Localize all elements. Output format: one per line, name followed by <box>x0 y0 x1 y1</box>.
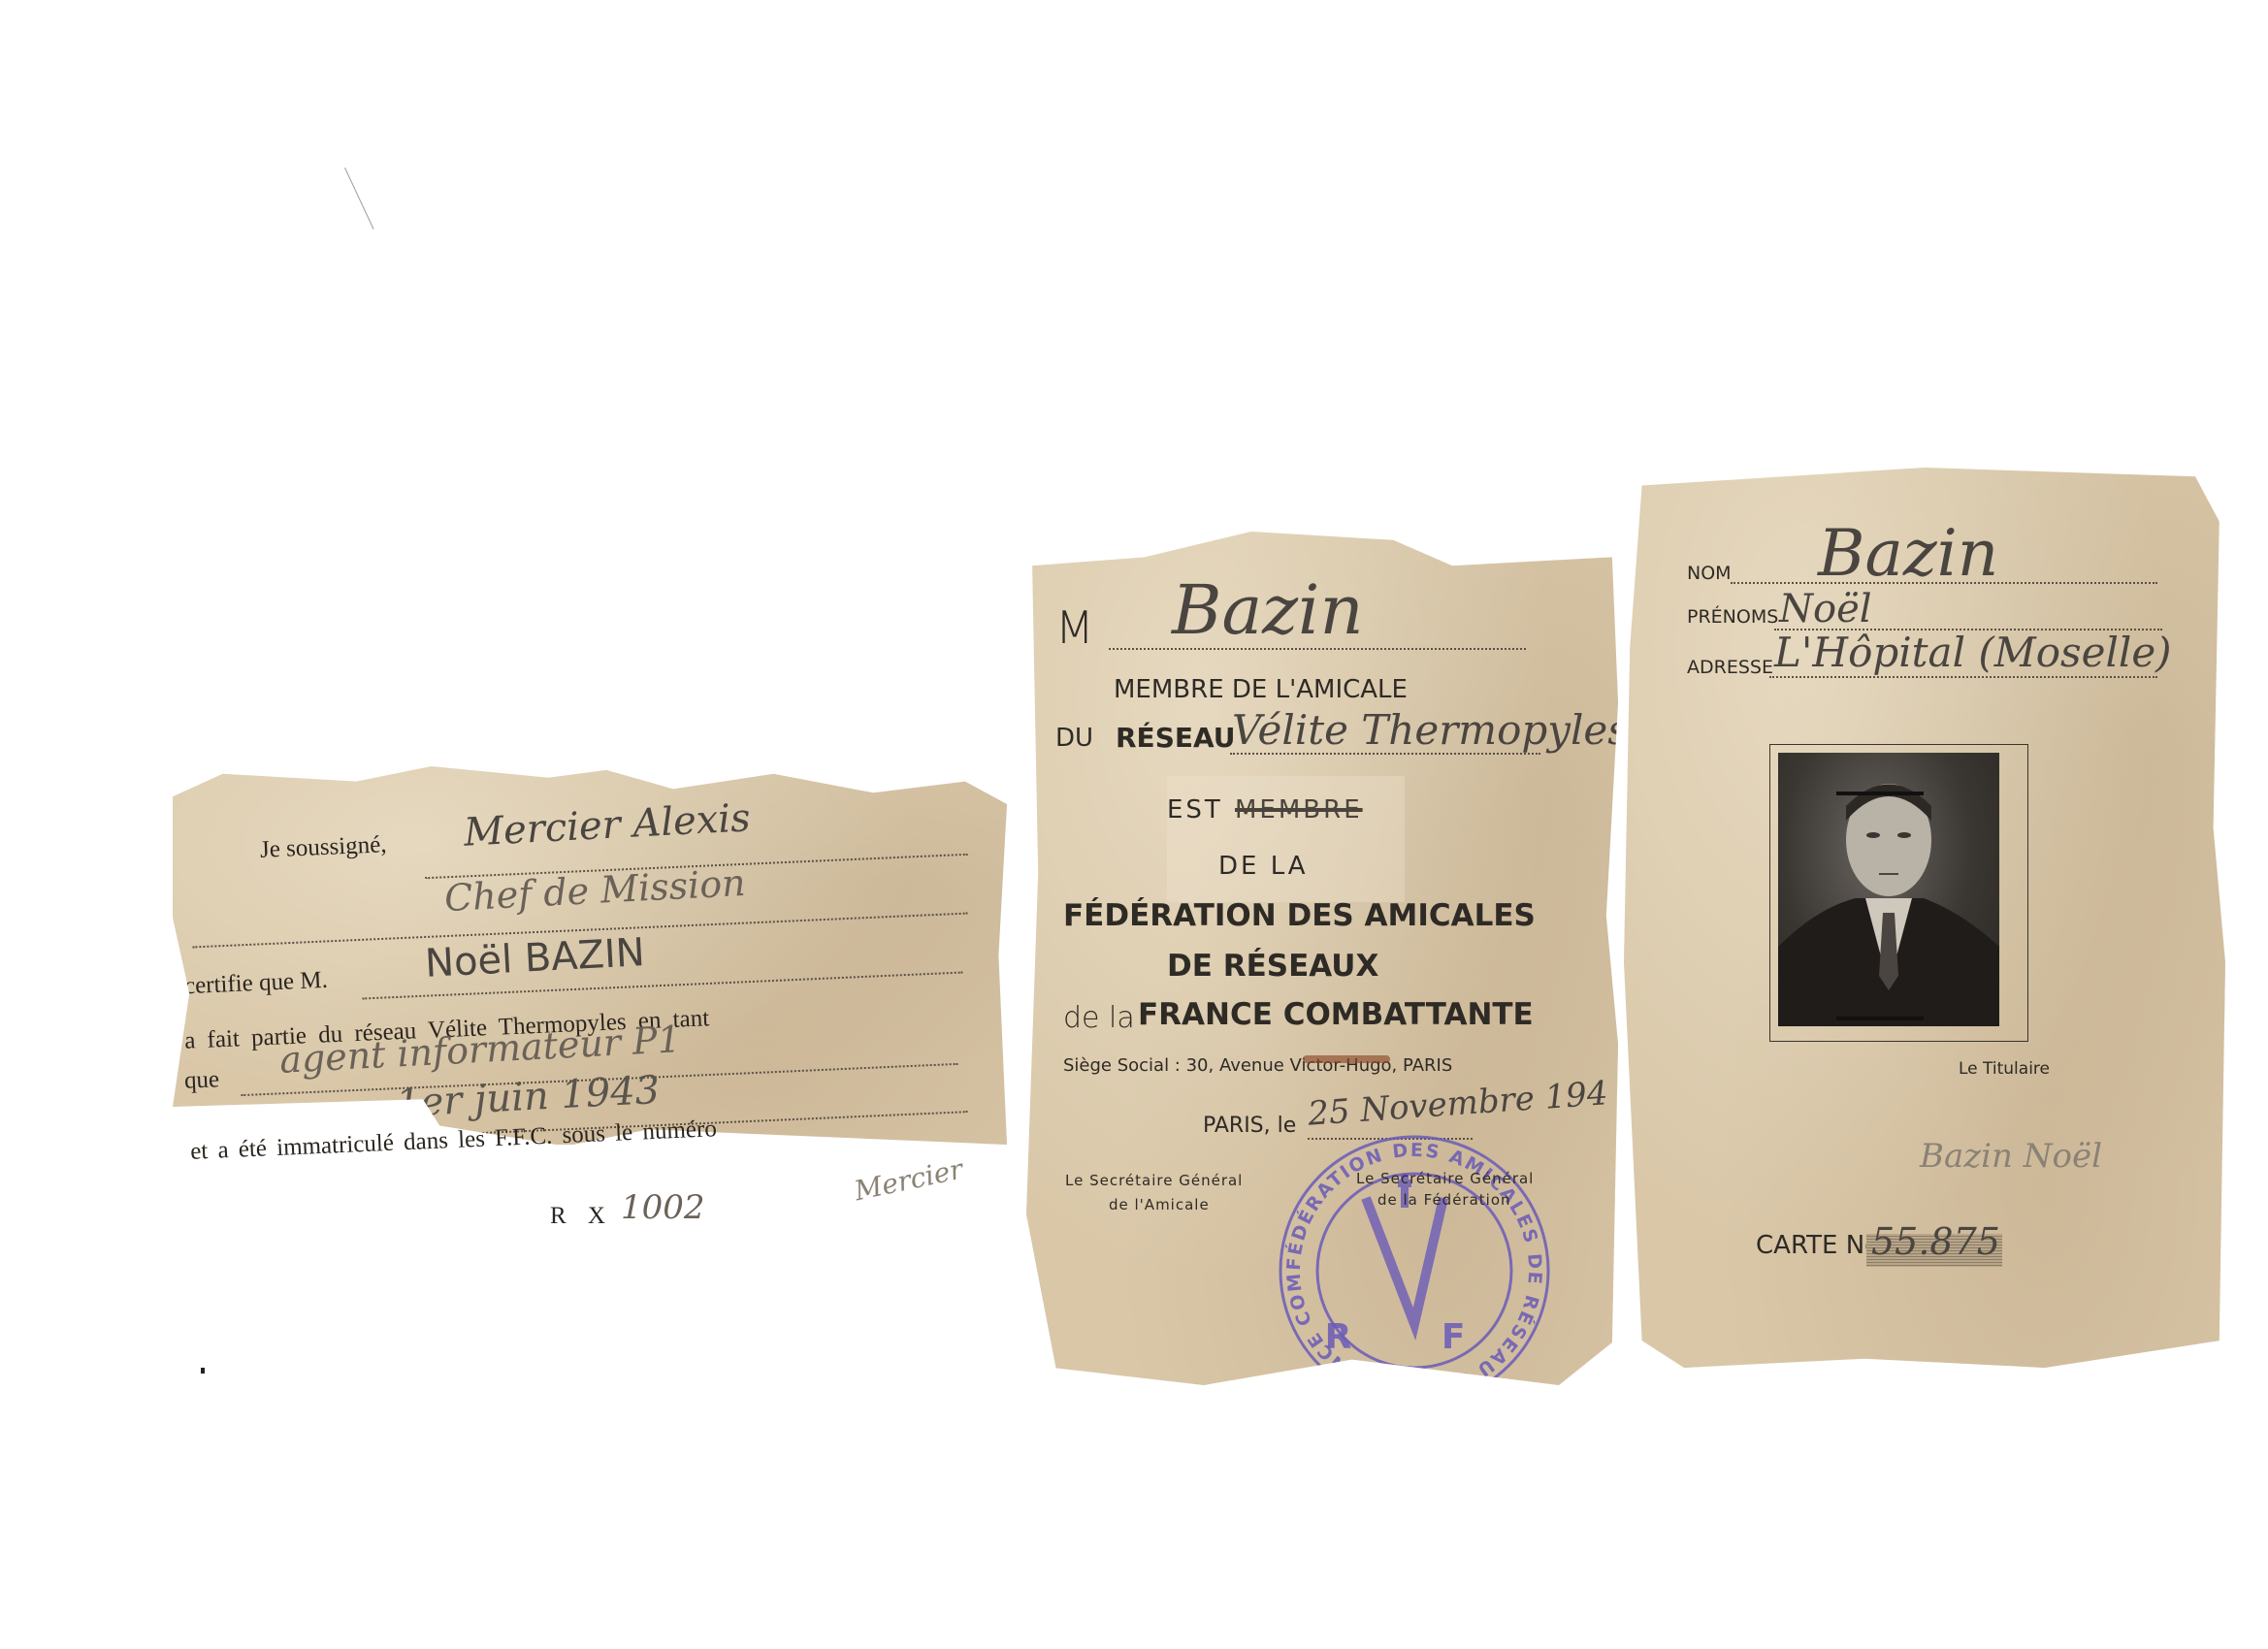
du-label: DU <box>1055 724 1093 753</box>
stamp-center: R F <box>1325 1317 1505 1357</box>
nom-label: NOM <box>1687 563 1732 584</box>
reseau-hand: Vélite Thermopyles <box>1232 706 1629 754</box>
member-prefix: M <box>1055 601 1094 654</box>
france-prefix: de la <box>1063 1001 1135 1035</box>
adresse-dots <box>1769 676 2157 678</box>
carte-number-hand: 55.875 <box>1871 1220 2000 1263</box>
adresse-hand: L'Hôpital (Moselle) <box>1774 629 2172 676</box>
cert-line1-label: Je soussigné, <box>259 831 387 864</box>
nom-hand: Bazin <box>1818 516 1998 591</box>
rust-stain <box>1303 1055 1390 1063</box>
titulaire-label: Le Titulaire <box>1959 1059 2050 1079</box>
federation-line2: DE RÉSEAUX <box>1167 949 1378 984</box>
sec-amicale-1: Le Secrétaire Général <box>1065 1172 1243 1189</box>
cert-number-prefix: R X <box>550 1203 613 1230</box>
membership-card: M Bazin MEMBRE DE L'AMICALE DU RÉSEAU Vé… <box>1026 532 1618 1385</box>
certificate-paper: Je soussigné, Mercier Alexis Chef de Mis… <box>173 766 1007 1145</box>
member-name-hand: Bazin <box>1172 570 1364 650</box>
photo-frame <box>1769 744 2028 1042</box>
svg-text:★: ★ <box>1400 1388 1415 1408</box>
reseau-label: RÉSEAU <box>1116 722 1236 754</box>
holder-signature: Bazin Noël <box>1920 1137 2102 1176</box>
de-la: DE LA <box>1218 852 1309 881</box>
cert-number-hand: 1002 <box>621 1188 705 1227</box>
sec-fed-2: de la Fédération <box>1377 1191 1511 1209</box>
membre-amicale: MEMBRE DE L'AMICALE <box>1114 675 1408 704</box>
adresse-label: ADRESSE <box>1687 657 1773 678</box>
cert-line3-hand: Noël BAZIN <box>424 930 646 986</box>
cert-line3-label: certifie que M. <box>183 967 328 1000</box>
scan-mark <box>344 168 373 230</box>
prenoms-hand: Noël <box>1779 587 1872 631</box>
carte-label: CARTE No <box>1756 1231 1880 1260</box>
est-struck: MEMBRE <box>1235 795 1363 824</box>
est-label: EST <box>1167 795 1223 824</box>
cert-line2-hand: Chef de Mission <box>443 861 747 920</box>
portrait-figure <box>1778 753 1999 1026</box>
siege-social: Siège Social : 30, Avenue Victor-Hugo, P… <box>1063 1055 1452 1076</box>
sec-amicale-2: de l'Amicale <box>1109 1196 1210 1213</box>
scan-dot <box>201 1368 205 1374</box>
date-hand: 25 Novembre 194 <box>1307 1074 1609 1134</box>
cert-line6-hand: 1er juin 1943 <box>395 1068 661 1126</box>
prenoms-label: PRÉNOMS <box>1687 606 1778 628</box>
cert-line1-hand: Mercier Alexis <box>463 795 752 855</box>
france-combattante: FRANCE COMBATTANTE <box>1138 997 1534 1032</box>
cert-line5-label: que <box>183 1066 219 1095</box>
federation-line1: FÉDÉRATION DES AMICALES <box>1063 898 1536 933</box>
identity-card: NOM Bazin PRÉNOMS Noël ADRESSE L'Hôpital… <box>1624 468 2225 1368</box>
cert-signature: Mercier <box>852 1153 966 1208</box>
sec-fed-1: Le Secrétaire Général <box>1356 1170 1534 1187</box>
portrait-photo <box>1778 753 1999 1026</box>
